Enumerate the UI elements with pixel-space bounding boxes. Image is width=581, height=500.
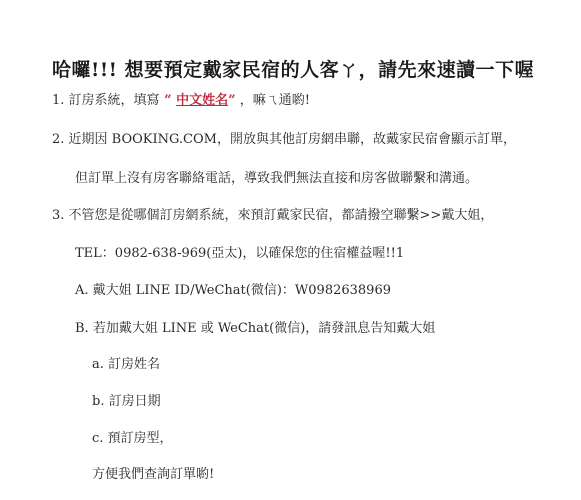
sub-item-b: B. 若加戴大姐 LINE 或 WeChat(微信)，請發訊息告知戴大姐 <box>75 321 435 337</box>
closing-text: 方便我們查詢訂單喲! <box>92 467 214 483</box>
item-3-line-1: 3. 不管您是從哪個訂房網系統，來預訂戴家民宿，都請撥空聯繫>>戴大姐， <box>52 208 493 224</box>
sub-item-b-a: a. 訂房姓名 <box>92 357 160 373</box>
item-1-prefix: 1. 訂房系統，填寫 <box>52 93 160 108</box>
item-1-quote-open: ” <box>160 93 177 108</box>
item-2-line-2: 但訂單上沒有房客聯絡電話，導致我們無法直接和房客做聯繫和溝通。 <box>75 171 478 187</box>
item-1-suffix: ，嘛ㄟ通喲! <box>236 93 310 108</box>
sub-item-b-b: b. 訂房日期 <box>92 394 161 410</box>
item-1-quote-close: ” <box>228 93 235 108</box>
sub-item-b-c: c. 預訂房型， <box>92 431 173 447</box>
sub-item-a: A. 戴大姐 LINE ID/WeChat(微信)：W0982638969 <box>75 283 391 299</box>
item-2-line-1: 2. 近期因 BOOKING.COM，開放與其他訂房網串聯，故戴家民宿會顯示訂單… <box>52 132 516 148</box>
item-3-line-2: TEL：0982-638-969(亞太)，以確保您的住宿權益喔!!1 <box>75 246 404 262</box>
chinese-name-highlight: 中文姓名 <box>176 93 228 108</box>
item-1: 1. 訂房系統，填寫 ” 中文姓名” ，嘛ㄟ通喲! <box>52 93 310 109</box>
page-title: 哈囉!!! 想要預定戴家民宿的人客ㄚ，請先來速讀一下喔 <box>52 58 534 82</box>
